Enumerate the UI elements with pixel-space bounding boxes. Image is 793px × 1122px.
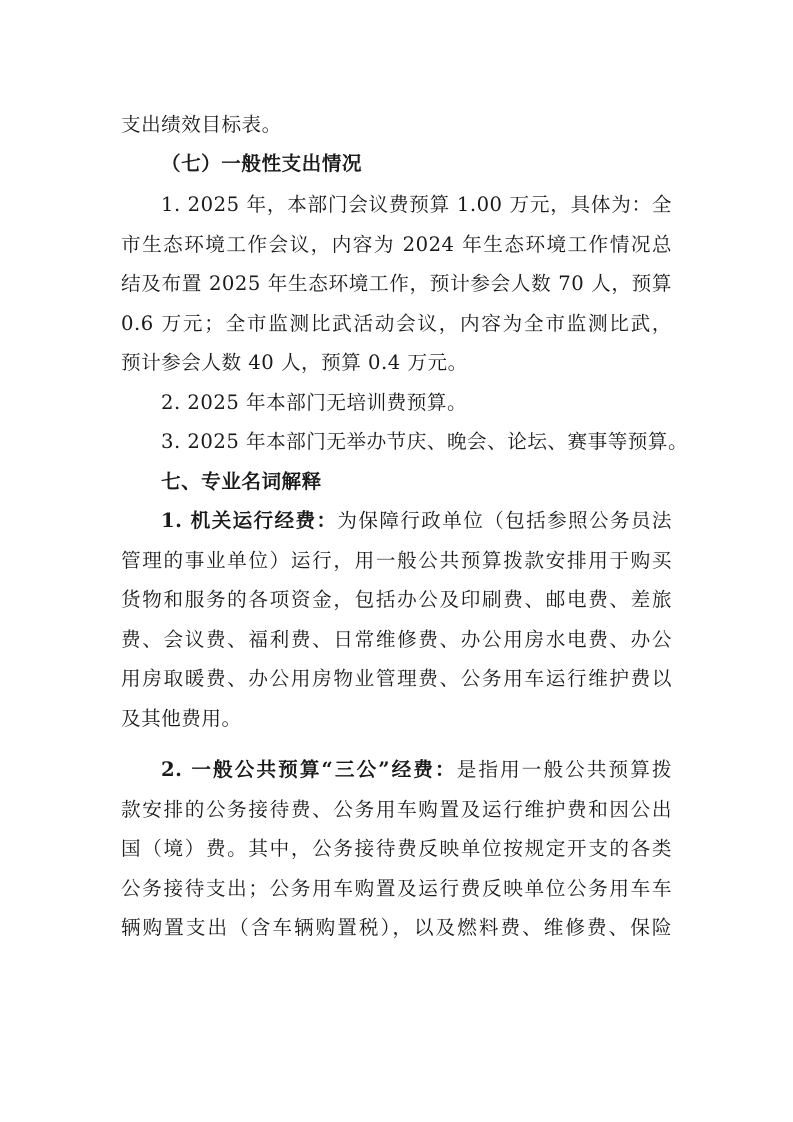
paragraph-line: 款安排的公务接待费、公务用车购置及运行维护费和因公出 — [121, 795, 672, 825]
paragraph-line: 管理的事业单位）运行，用一般公共预算拨款安排用于购买 — [121, 546, 672, 576]
paragraph-line: 国（境）费。其中，公务接待费反映单位按规定开支的各类 — [121, 834, 672, 864]
paragraph-line: 结及布置 2025 年生态环境工作，预计参会人数 70 人，预算 — [121, 269, 672, 299]
term-label: 2. 一般公共预算“三公”经费： — [161, 758, 457, 781]
section-heading-general-expenditure: （七）一般性支出情况 — [161, 149, 672, 179]
paragraph-line: 费、会议费、福利费、日常维修费、办公用房水电费、办公 — [121, 625, 672, 655]
paragraph-line: 0.6 万元；全市监测比武活动会议，内容为全市监测比武， — [121, 309, 672, 339]
term-definition-line: 1. 机关运行经费：为保障行政单位（包括参照公务员法 — [161, 506, 672, 536]
paragraph-line: 公务接待支出；公务用车购置及运行费反映单位公务用车车 — [121, 874, 672, 904]
paragraph-line: 2. 2025 年本部门无培训费预算。 — [161, 388, 672, 418]
section-heading-terminology: 七、专业名词解释 — [161, 467, 672, 497]
paragraph-line: 3. 2025 年本部门无举办节庆、晚会、论坛、赛事等预算。 — [161, 427, 672, 457]
paragraph-line: 货物和服务的各项资金，包括办公及印刷费、邮电费、差旅 — [121, 585, 672, 615]
paragraph-line: 及其他费用。 — [121, 704, 672, 734]
document-page: 支出绩效目标表。 （七）一般性支出情况 1. 2025 年，本部门会议费预算 1… — [0, 0, 793, 1122]
paragraph-line: 用房取暖费、办公用房物业管理费、公务用车运行维护费以 — [121, 664, 672, 694]
paragraph-line: 支出绩效目标表。 — [121, 110, 672, 140]
paragraph-line: 1. 2025 年，本部门会议费预算 1.00 万元，具体为：全 — [161, 190, 672, 220]
paragraph-line: 市生态环境工作会议，内容为 2024 年生态环境工作情况总 — [121, 230, 672, 260]
term-text: 为保障行政单位（包括参照公务员法 — [337, 509, 672, 532]
term-label: 1. 机关运行经费： — [161, 509, 337, 532]
paragraph-line: 辆购置支出（含车辆购置税），以及燃料费、维修费、保险 — [121, 913, 672, 943]
term-definition-line: 2. 一般公共预算“三公”经费：是指用一般公共预算拨 — [161, 755, 672, 785]
paragraph-line: 预计参会人数 40 人，预算 0.4 万元。 — [121, 348, 672, 378]
term-text: 是指用一般公共预算拨 — [457, 758, 672, 781]
